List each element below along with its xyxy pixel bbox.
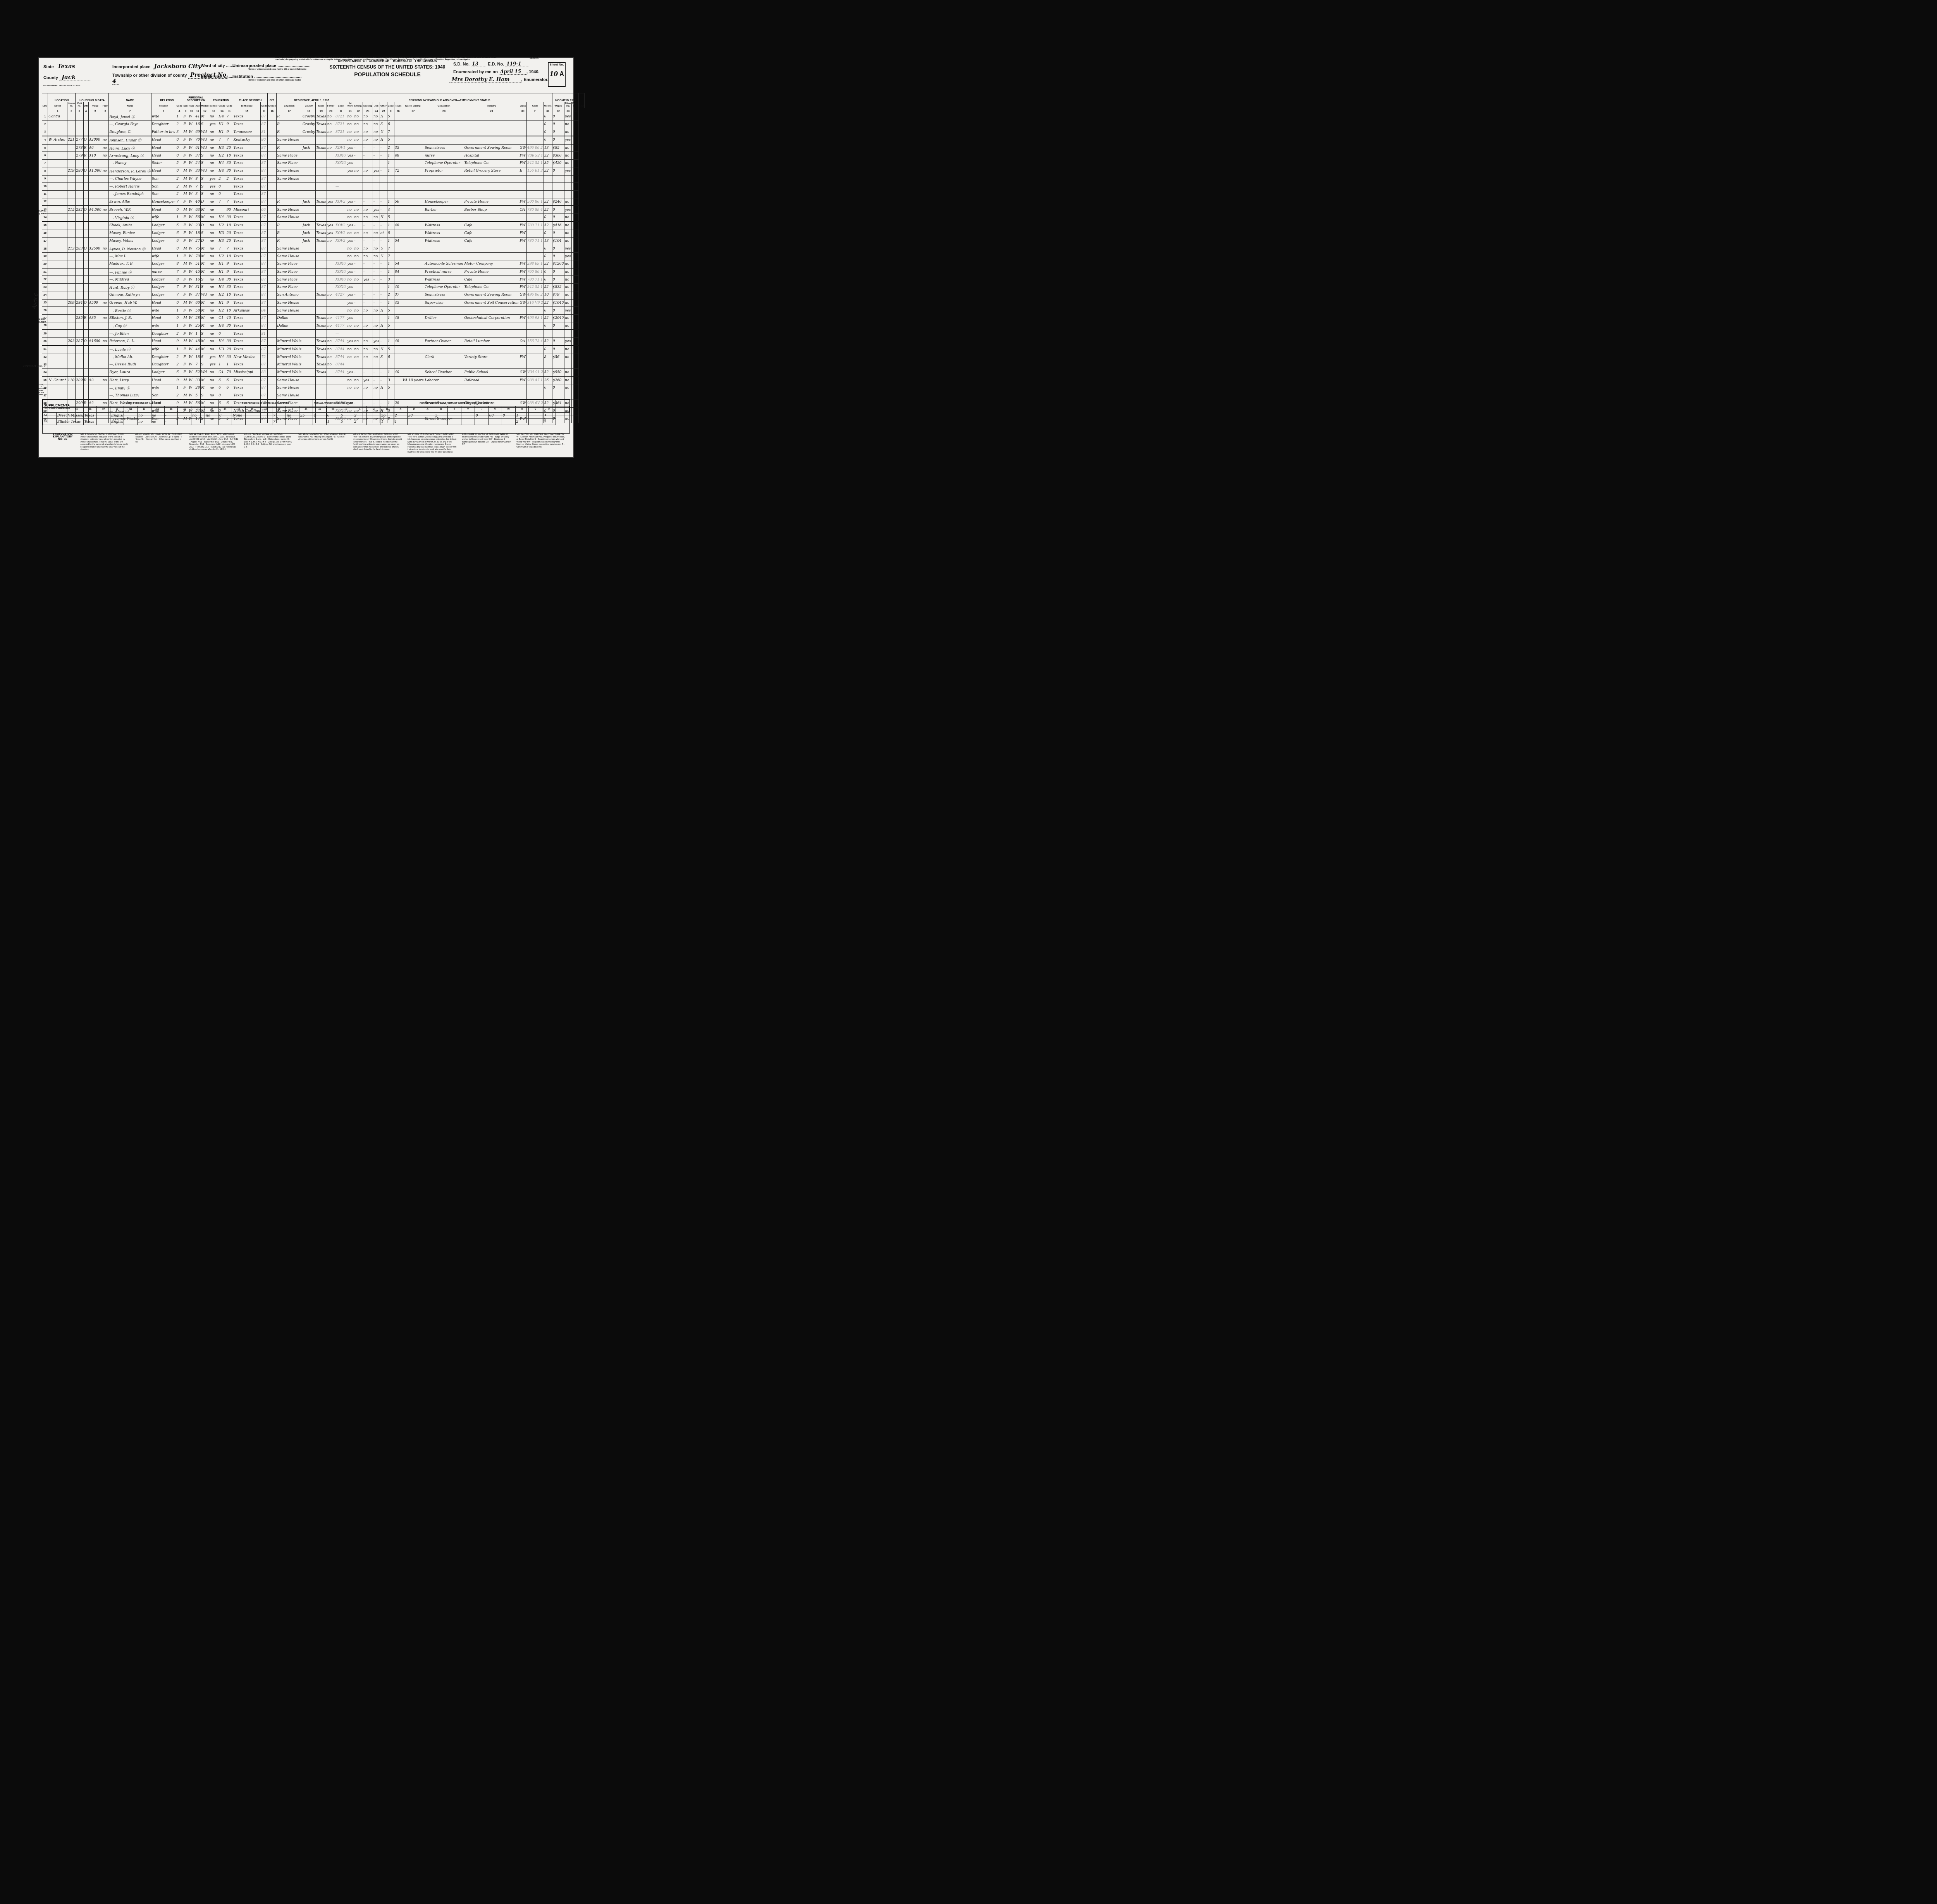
cell-a: 2: [176, 183, 183, 191]
cell-grade: 6: [218, 376, 226, 384]
cell-school: yes: [209, 353, 218, 361]
cell-otherinc: yes: [564, 337, 572, 345]
table-row: 15Shook, AnitaLodger6FW23DnoH210Texas87R…: [42, 222, 585, 229]
cell-sex: M: [183, 299, 188, 307]
cell-school: no: [209, 113, 218, 121]
cell-unemp: [402, 183, 424, 191]
cell-cls: OA: [519, 206, 526, 213]
cell-own: [83, 307, 89, 315]
cell-line: 26: [42, 307, 48, 315]
cell-value: $4,000: [89, 206, 102, 213]
cell-state: Texas: [316, 237, 327, 245]
cell-sex: F: [183, 113, 188, 121]
cell-farmsch: [572, 407, 579, 415]
cell-school: no: [209, 322, 218, 330]
cell-grade: H4: [218, 160, 226, 167]
cell-street: [48, 330, 67, 337]
cell-c24: -: [373, 376, 380, 384]
cell-line: 8: [42, 167, 48, 175]
cell-occupation: [424, 346, 464, 353]
cell-line: 15: [42, 222, 48, 229]
ed-number: 119-1: [505, 61, 528, 67]
cell-c22: no: [354, 253, 363, 260]
cell-visit: [76, 353, 83, 361]
cell-occupation: Seamstress: [424, 291, 464, 299]
cell-birthplace: Texas: [233, 276, 261, 284]
cell-line: 20: [42, 260, 48, 268]
cell-farm: [102, 384, 109, 392]
cell-marital: Wd: [200, 128, 209, 136]
cell-cls: [519, 307, 526, 315]
cell-b: 7: [226, 198, 233, 206]
cell-marital: D: [200, 222, 209, 229]
cell-county: [302, 337, 315, 345]
cell-state: Texas: [316, 113, 327, 121]
cell-farmsch: [572, 392, 579, 399]
cell-cit: [268, 268, 277, 276]
cell-race: W: [188, 337, 195, 345]
cell-c22: -: [354, 314, 363, 322]
cell-grade: H1: [218, 268, 226, 276]
cell-age: 28: [195, 384, 200, 392]
cell-f: [526, 253, 544, 260]
column-number: 28: [424, 108, 464, 113]
cell-relation: wife: [151, 322, 176, 330]
cell-street: [48, 222, 67, 229]
column-number: 4: [83, 108, 89, 113]
cell-state: Texas: [316, 361, 327, 369]
cell-d: [335, 253, 347, 260]
cell-c24: -: [373, 237, 380, 245]
cell-industry: [464, 392, 519, 399]
cell-otherinc: no: [564, 237, 572, 245]
cell-value: [89, 213, 102, 221]
column-number: 25: [380, 108, 387, 113]
cell-sex: M: [183, 314, 188, 322]
cell-farm: [102, 121, 109, 128]
cell-farmsch: [572, 399, 579, 407]
cell-grade: C4: [218, 368, 226, 376]
column-number: 33: [564, 108, 572, 113]
cell-wages: 0: [552, 229, 564, 237]
cell-city: R: [277, 128, 302, 136]
cell-f: [526, 128, 544, 136]
cell-c21: yes: [347, 314, 354, 322]
cell-d: 8744: [335, 337, 347, 345]
cell-occupation: [424, 121, 464, 128]
cell-weeks: 0: [544, 213, 552, 221]
note-col10: Col. 10. COLOR OR RACE: White W · Negro …: [135, 433, 184, 456]
table-row: 22—, MildredLodger8FW16SnoH430Texas87Sam…: [42, 276, 585, 284]
cell-e: 2: [387, 144, 394, 152]
cell-cit: [268, 128, 277, 136]
cell-school: no: [209, 152, 218, 160]
cell-industry: Telephone Co.: [464, 160, 519, 167]
table-row: 7—, NancySister5FW24SnoH430Texas87Same P…: [42, 160, 585, 167]
cell-county: Jack: [302, 237, 315, 245]
cell-relation: Head: [151, 299, 176, 307]
cell-grade: H2: [218, 222, 226, 229]
cell-farmsch: [572, 330, 579, 337]
cell-industry: Hospital: [464, 152, 519, 160]
cell-onfarm: no: [327, 346, 335, 353]
cell-state: [316, 245, 327, 253]
cell-weeks: 0: [544, 346, 552, 353]
supp-cell-tongue: English: [110, 413, 124, 419]
cell-c22: -: [354, 198, 363, 206]
date-margin-note: April 6: [31, 293, 39, 309]
cell-name: —, Virginia ⓧ: [109, 213, 151, 221]
cell-value: $2500: [89, 245, 102, 253]
census-title: SIXTEENTH CENSUS OF THE UNITED STATES: 1…: [325, 64, 449, 70]
cell-e: 7: [387, 245, 394, 253]
cell-farmsch: [572, 322, 579, 330]
cell-house: [67, 346, 75, 353]
cell-sex: F: [183, 121, 188, 128]
precinct-margin-note: Precinct No. 1: [23, 364, 46, 368]
cell-cit: [268, 276, 277, 284]
cell-f: [526, 213, 544, 221]
cell-c24: [373, 330, 380, 337]
cell-value: [89, 183, 102, 191]
cell-wages: 0: [552, 346, 564, 353]
group-household: HOUSEHOLD DATA: [76, 93, 109, 102]
cell-unemp: [402, 245, 424, 253]
cell-farmsch: [572, 128, 579, 136]
cell-onfarm: [327, 299, 335, 307]
cell-line: 12: [42, 198, 48, 206]
cell-hours: 54: [394, 260, 402, 268]
cell-industry: [464, 253, 519, 260]
table-row: 3Douglass, C.Father-in-law3MW69WdnoH19Te…: [42, 128, 585, 136]
cell-name: Armstrong, Lucy ⓧ: [109, 152, 151, 160]
cell-a: 0: [176, 136, 183, 144]
supp-cell-s: [434, 419, 448, 425]
cell-occupation: [424, 330, 464, 337]
cell-farm: no: [102, 167, 109, 175]
cell-line: 25: [42, 299, 48, 307]
unincorporated-note: (Name of unincorporated place having 100…: [248, 68, 306, 71]
cell-c23: -: [363, 260, 373, 268]
cell-wages: $85: [552, 144, 564, 152]
cell-relation: Son: [151, 392, 176, 399]
group-relation: RELATION: [151, 93, 183, 102]
cell-value: $2000: [89, 136, 102, 144]
table-row: 24Gilmour, KathrynLodger7FW37WdnoH210Tex…: [42, 291, 585, 299]
supp-cell-usualocc: [232, 419, 245, 425]
cell-race: W: [188, 276, 195, 284]
group-education: EDUCATION: [209, 93, 233, 102]
cell-c21: no: [347, 307, 354, 315]
cell-visit: 283: [76, 245, 83, 253]
cell-relation: Son: [151, 190, 176, 198]
cell-farmsch: [572, 260, 579, 268]
cell-occupation: Proprietor: [424, 167, 464, 175]
cell-otherinc: yes: [564, 307, 572, 315]
cell-grade: H2: [218, 253, 226, 260]
cell-street: [48, 291, 67, 299]
cell-otherinc: no: [564, 268, 572, 276]
cell-name: Hunt, Ruby ⓧ: [109, 284, 151, 291]
cell-race: W: [188, 376, 195, 384]
column-number: 22: [354, 108, 363, 113]
cell-age: 51: [195, 260, 200, 268]
cell-a: 3: [176, 128, 183, 136]
cell-own: O: [83, 206, 89, 213]
cell-grade: C1: [218, 314, 226, 322]
cell-name: Boyd, Jewel ⓧ: [109, 113, 151, 121]
cell-a: 6: [176, 368, 183, 376]
cell-d: XOXU: [335, 152, 347, 160]
cell-visit: [76, 121, 83, 128]
cell-e: 1: [387, 314, 394, 322]
cell-sex: F: [183, 307, 188, 315]
cell-c21: no: [347, 376, 354, 384]
supp-cell-y: 1: [515, 413, 529, 419]
supp-cell-vet: no: [137, 419, 151, 425]
cell-c22: -: [354, 144, 363, 152]
cell-c: 83: [261, 368, 268, 376]
supp-cell-vetchild: no: [151, 413, 164, 419]
cell-c21: no: [347, 113, 354, 121]
cell-house: [67, 268, 75, 276]
cell-city: R: [277, 144, 302, 152]
cell-e: 1: [387, 299, 394, 307]
cell-industry: Private Home: [464, 268, 519, 276]
cell-c24: -: [373, 368, 380, 376]
cell-c25: -: [380, 167, 387, 175]
cell-c23: [363, 190, 373, 198]
cell-e: 2: [387, 291, 394, 299]
cell-otherinc: no: [564, 346, 572, 353]
cell-farmsch: [572, 190, 579, 198]
cell-farm: no: [102, 376, 109, 384]
cell-relation: Son: [151, 183, 176, 191]
supp-cell-i: [178, 413, 191, 419]
cell-own: [83, 384, 89, 392]
supp-column-number: Y: [529, 406, 542, 413]
cell-birthplace: Texas: [233, 167, 261, 175]
column-number: 31: [544, 108, 552, 113]
supp-cell-h: [124, 419, 138, 425]
cell-onfarm: [327, 260, 335, 268]
cell-grade: H2: [218, 307, 226, 315]
cell-c21: [347, 330, 354, 337]
supp-cell-l: 5: [340, 419, 353, 425]
supp-cell-x: 0: [502, 413, 515, 419]
cell-unemp: [402, 253, 424, 260]
cell-a: 1: [176, 253, 183, 260]
cell-b: 30: [226, 160, 233, 167]
note-col21: Col. 21. WAS THIS PERSON AT WORK? Enter …: [353, 433, 402, 456]
cell-cit: [268, 136, 277, 144]
cell-wages: 0: [552, 167, 564, 175]
supp-column-number: U: [475, 406, 489, 413]
note-col24: Col. 24. DID THIS PERSON HAVE A JOB? Ent…: [408, 433, 457, 456]
cell-state: Texas: [316, 314, 327, 322]
cell-c22: no: [354, 245, 363, 253]
supp-cell-v: [475, 419, 489, 425]
supp-cell-ss: no: [191, 413, 205, 419]
cell-farm: [102, 222, 109, 229]
table-row: 33—, Bessie RuthDaughter2FW7Syes11Texas8…: [42, 361, 585, 369]
cell-occupation: Seamstress: [424, 144, 464, 152]
cell-name: Henderson, R. Leroy ⓧ: [109, 167, 151, 175]
cell-c: 87: [261, 376, 268, 384]
cell-cit: [268, 376, 277, 384]
supp-cell-w: 00: [488, 413, 502, 419]
cell-visit: 277: [76, 136, 83, 144]
cell-school: no: [209, 384, 218, 392]
cell-value: [89, 392, 102, 399]
table-row: 8219280O$1,000noHenderson, R. Leroy ⓧHea…: [42, 167, 585, 175]
cell-occupation: Telephone Operator: [424, 160, 464, 167]
cell-marital: M: [200, 384, 209, 392]
supp-cell-w: [488, 419, 502, 425]
cell-c24: no: [373, 229, 380, 237]
cell-c22: -: [354, 152, 363, 160]
cell-c: 87: [261, 322, 268, 330]
cell-c24: -: [373, 268, 380, 276]
supp-column-number: N: [380, 406, 394, 413]
supp-column-number: G: [110, 406, 124, 413]
cell-state: Texas: [316, 353, 327, 361]
cell-otherinc: no: [564, 314, 572, 322]
cell-wages: 0: [552, 276, 564, 284]
cell-age: 45: [195, 268, 200, 276]
cell-c: 87: [261, 175, 268, 183]
cell-line: 18: [42, 245, 48, 253]
cell-d: [335, 245, 347, 253]
cell-sex: F: [183, 213, 188, 221]
county-value: Jack: [59, 74, 91, 81]
cell-street: [48, 353, 67, 361]
cell-a: 6: [176, 237, 183, 245]
cell-county: [302, 276, 315, 284]
cell-farm: [102, 213, 109, 221]
cell-cit: [268, 206, 277, 213]
cell-age: 63: [195, 206, 200, 213]
cell-own: [83, 268, 89, 276]
cell-birthplace: Texas: [233, 152, 261, 160]
cell-name: Gilmour, Kathryn: [109, 291, 151, 299]
cell-c: 87: [261, 229, 268, 237]
supp-cell-ded: [205, 419, 218, 425]
cell-onfarm: [327, 175, 335, 183]
cell-age: 61: [195, 144, 200, 152]
cell-state: Texas: [316, 222, 327, 229]
cell-onfarm: [327, 330, 335, 337]
note-col14: Col. 14. HIGHEST GRADE OF SCHOOL COMPLET…: [244, 433, 293, 456]
cell-race: W: [188, 368, 195, 376]
cell-race: W: [188, 314, 195, 322]
cell-onfarm: [327, 136, 335, 144]
cell-age: 70: [195, 136, 200, 144]
cell-cls: PW: [519, 229, 526, 237]
column-number: 32: [552, 108, 564, 113]
cell-c: 80: [261, 136, 268, 144]
supp-cell-r: [421, 419, 434, 425]
cell-b: 10: [226, 222, 233, 229]
cell-sex: F: [183, 222, 188, 229]
cell-line: 23: [42, 284, 48, 291]
cell-occupation: [424, 384, 464, 392]
cell-own: [83, 121, 89, 128]
cell-a: 0: [176, 206, 183, 213]
cell-d: [335, 213, 347, 221]
cell-cit: [268, 183, 277, 191]
cell-hours: [394, 245, 402, 253]
cell-c21: yes: [347, 291, 354, 299]
cell-race: W: [188, 307, 195, 315]
cell-d: XOXU: [335, 268, 347, 276]
cell-age: 56: [195, 213, 200, 221]
cell-farm: [102, 368, 109, 376]
cell-line: 9: [42, 175, 48, 183]
cell-city: Same House: [277, 175, 302, 183]
cell-age: 28: [195, 314, 200, 322]
cell-line: 3: [42, 128, 48, 136]
cell-visit: 289: [76, 376, 83, 384]
cell-street: [48, 337, 67, 345]
cell-industry: [464, 175, 519, 183]
cell-industry: Cafe: [464, 276, 519, 284]
cell-line: 11: [42, 190, 48, 198]
cell-farmsch: [572, 253, 579, 260]
cell-grade: H4: [218, 213, 226, 221]
cell-occupation: [424, 245, 464, 253]
cell-c23: -: [363, 237, 373, 245]
cell-otherinc: yes: [564, 136, 572, 144]
supp-column-number: M: [367, 406, 380, 413]
cell-industry: [464, 113, 519, 121]
cell-sex: M: [183, 337, 188, 345]
cell-name: Haire, Lucy ⓧ: [109, 144, 151, 152]
cell-c24: -: [373, 299, 380, 307]
cell-own: [83, 160, 89, 167]
cell-county: [302, 253, 315, 260]
cell-sex: F: [183, 160, 188, 167]
cell-c25: -: [380, 237, 387, 245]
cell-c25: -: [380, 144, 387, 152]
cell-e: 5: [387, 346, 394, 353]
supp-column-number: 47: [272, 406, 286, 413]
cell-cls: [519, 322, 526, 330]
cell-name: Elliston, J. E.: [109, 314, 151, 322]
cell-house: [67, 330, 75, 337]
cell-age: 37: [195, 152, 200, 160]
cell-c: 87: [261, 384, 268, 392]
supp-cell-ded: no: [205, 413, 218, 419]
cell-school: no: [209, 376, 218, 384]
cell-age: 33: [195, 167, 200, 175]
cell-birthplace: Texas: [233, 213, 261, 221]
cell-house: [67, 384, 75, 392]
cell-c23: no: [363, 136, 373, 144]
cell-unemp: [402, 198, 424, 206]
cell-birthplace: New Mexico: [233, 353, 261, 361]
cell-visit: [76, 268, 83, 276]
cell-name: —, Coy ⓧ: [109, 322, 151, 330]
cell-visit: [76, 307, 83, 315]
cell-weeks: 8: [544, 353, 552, 361]
cell-birthplace: Texas: [233, 245, 261, 253]
cell-e: 1: [387, 237, 394, 245]
cell-house: [67, 128, 75, 136]
cell-sex: F: [183, 346, 188, 353]
cell-own: O: [83, 337, 89, 345]
cell-hours: [394, 330, 402, 337]
